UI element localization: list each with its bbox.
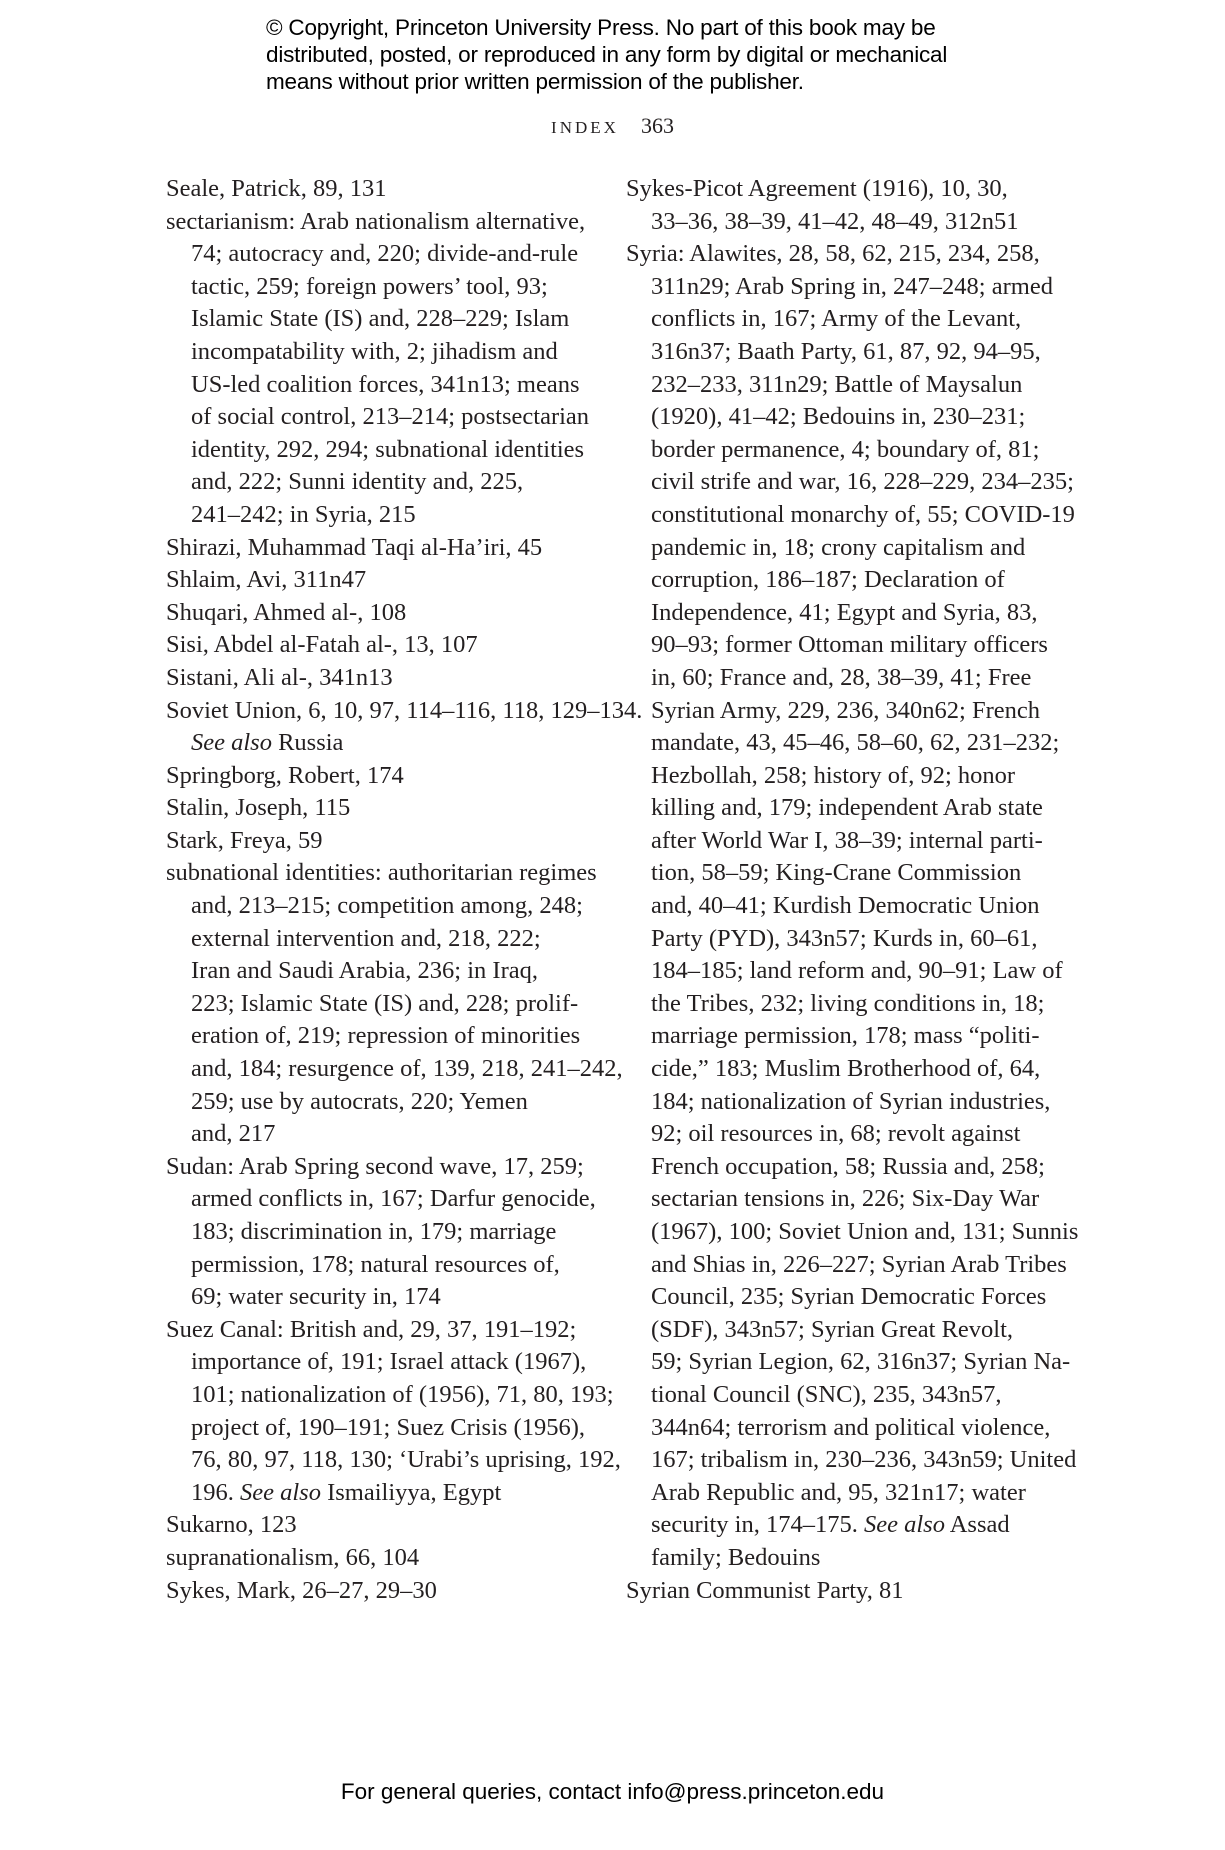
index-entry-subline: 92; oil resources in, 68; revolt against	[626, 1118, 1066, 1151]
index-entry-subline: mandate, 43, 45–46, 58–60, 62, 231–232;	[626, 727, 1066, 760]
index-entry-heading: Sykes-Picot Agreement (1916), 10, 30,	[626, 173, 1066, 206]
index-entry-subline: (1920), 41–42; Bedouins in, 230–231;	[626, 401, 1066, 434]
index-entry: supranationalism, 66, 104	[166, 1542, 596, 1575]
index-entry-subline: border permanence, 4; boundary of, 81;	[626, 434, 1066, 467]
index-entry-subline: eration of, 219; repression of minoritie…	[166, 1020, 596, 1053]
index-entry-subline: Hezbollah, 258; history of, 92; honor	[626, 760, 1066, 793]
index-entry-heading: sectarianism: Arab nationalism alternati…	[166, 206, 596, 239]
index-entry-subline: permission, 178; natural resources of,	[166, 1249, 596, 1282]
running-head: INDEX363	[0, 113, 1225, 139]
index-entry-subline: 167; tribalism in, 230–236, 343n59; Unit…	[626, 1444, 1066, 1477]
copyright-line: means without prior written permission o…	[266, 68, 1006, 95]
index-entry: Stark, Freya, 59	[166, 825, 596, 858]
see-also-prefix: 196.	[191, 1479, 240, 1506]
index-entry-subline: French occupation, 58; Russia and, 258;	[626, 1151, 1066, 1184]
index-entry-subline: conflicts in, 167; Army of the Levant,	[626, 303, 1066, 336]
running-head-label: INDEX	[551, 118, 619, 137]
index-entry-heading: Sistani, Ali al-, 341n13	[166, 662, 596, 695]
see-also-target: Assad	[945, 1511, 1010, 1538]
index-entry-subline: pandemic in, 18; crony capitalism and	[626, 532, 1066, 565]
index-entry-heading: Springborg, Robert, 174	[166, 760, 596, 793]
index-entry-subline: and Shias in, 226–227; Syrian Arab Tribe…	[626, 1249, 1066, 1282]
index-entry-subline: killing and, 179; independent Arab state	[626, 792, 1066, 825]
index-entry-subline: Council, 235; Syrian Democratic Forces	[626, 1281, 1066, 1314]
index-entry: Shlaim, Avi, 311n47	[166, 564, 596, 597]
index-entry-subline: project of, 190–191; Suez Crisis (1956),	[166, 1412, 596, 1445]
index-entry-heading: Seale, Patrick, 89, 131	[166, 173, 596, 206]
index-entry-subline: importance of, 191; Israel attack (1967)…	[166, 1346, 596, 1379]
index-entry-subline: 184–185; land reform and, 90–91; Law of	[626, 955, 1066, 988]
index-entry-subline: and, 40–41; Kurdish Democratic Union	[626, 890, 1066, 923]
index-entry-subline: the Tribes, 232; living conditions in, 1…	[626, 988, 1066, 1021]
index-entry-heading: Sukarno, 123	[166, 1509, 596, 1542]
index-entry-subline: 101; nationalization of (1956), 71, 80, …	[166, 1379, 596, 1412]
index-entry-subline: 183; discrimination in, 179; marriage	[166, 1216, 596, 1249]
index-entry-subline: incompatability with, 2; jihadism and	[166, 336, 596, 369]
index-entry-subline: civil strife and war, 16, 228–229, 234–2…	[626, 466, 1066, 499]
see-also-reference: 196. See also Ismailiyya, Egypt	[166, 1477, 596, 1510]
index-entry: sectarianism: Arab nationalism alternati…	[166, 206, 596, 532]
index-entry-heading: Sisi, Abdel al-Fatah al-, 13, 107	[166, 629, 596, 662]
index-entry-subline: 223; Islamic State (IS) and, 228; prolif…	[166, 988, 596, 1021]
index-entry-subline: tactic, 259; foreign powers’ tool, 93;	[166, 271, 596, 304]
index-entry-subline: Syrian Army, 229, 236, 340n62; French	[626, 695, 1066, 728]
index-entry-subline: cide,” 183; Muslim Brotherhood of, 64,	[626, 1053, 1066, 1086]
see-also-reference: security in, 174–175. See also Assad	[626, 1509, 1066, 1542]
page-number: 363	[641, 113, 674, 138]
index-entry-heading: Sykes, Mark, 26–27, 29–30	[166, 1575, 596, 1608]
index-entry-heading: Syria: Alawites, 28, 58, 62, 215, 234, 2…	[626, 238, 1066, 271]
index-entry-heading: Shlaim, Avi, 311n47	[166, 564, 596, 597]
see-also-target: Ismailiyya, Egypt	[321, 1479, 501, 1506]
copyright-line: © Copyright, Princeton University Press.…	[266, 14, 1006, 41]
index-entry-subline: and, 213–215; competition among, 248;	[166, 890, 596, 923]
index-entry: Stalin, Joseph, 115	[166, 792, 596, 825]
index-entry-subline: US-led coalition forces, 341n13; means	[166, 369, 596, 402]
index-entry: Sukarno, 123	[166, 1509, 596, 1542]
index-entry-subline: and, 217	[166, 1118, 596, 1151]
index-entry-subline: 69; water security in, 174	[166, 1281, 596, 1314]
index-entry: Syria: Alawites, 28, 58, 62, 215, 234, 2…	[626, 238, 1066, 1574]
copyright-notice: © Copyright, Princeton University Press.…	[266, 14, 1006, 95]
index-entry: Shuqari, Ahmed al-, 108	[166, 597, 596, 630]
index-column-right: Sykes-Picot Agreement (1916), 10, 30,33–…	[626, 173, 1066, 1607]
index-entry-subline: 316n37; Baath Party, 61, 87, 92, 94–95,	[626, 336, 1066, 369]
index-entry-subline: of social control, 213–214; postsectaria…	[166, 401, 596, 434]
index-entry-heading: Stark, Freya, 59	[166, 825, 596, 858]
index-entry-subline: Party (PYD), 343n57; Kurds in, 60–61,	[626, 923, 1066, 956]
index-entry-subline: 74; autocracy and, 220; divide-and-rule	[166, 238, 596, 271]
index-entry-subline: tional Council (SNC), 235, 343n57,	[626, 1379, 1066, 1412]
index-entry-subline: and, 222; Sunni identity and, 225,	[166, 466, 596, 499]
index-entry-subline: 76, 80, 97, 118, 130; ‘Urabi’s uprising,…	[166, 1444, 596, 1477]
index-entry-subline: 311n29; Arab Spring in, 247–248; armed	[626, 271, 1066, 304]
index-entry-heading: Shuqari, Ahmed al-, 108	[166, 597, 596, 630]
index-entry-heading: Sudan: Arab Spring second wave, 17, 259;	[166, 1151, 596, 1184]
index-entry: Shirazi, Muhammad Taqi al-Ha’iri, 45	[166, 532, 596, 565]
index-entry-subline: armed conflicts in, 167; Darfur genocide…	[166, 1183, 596, 1216]
index-entry-subline: family; Bedouins	[626, 1542, 1066, 1575]
index-entry-heading: Suez Canal: British and, 29, 37, 191–192…	[166, 1314, 596, 1347]
index-entry-subline: external intervention and, 218, 222;	[166, 923, 596, 956]
index-entry-subline: 344n64; terrorism and political violence…	[626, 1412, 1066, 1445]
index-entry-subline: after World War I, 38–39; internal parti…	[626, 825, 1066, 858]
index-entry-subline: 59; Syrian Legion, 62, 316n37; Syrian Na…	[626, 1346, 1066, 1379]
index-entry: Seale, Patrick, 89, 131	[166, 173, 596, 206]
index-entry-heading: subnational identities: authoritarian re…	[166, 857, 596, 890]
index-entry: Sykes, Mark, 26–27, 29–30	[166, 1575, 596, 1608]
index-entry-subline: Independence, 41; Egypt and Syria, 83,	[626, 597, 1066, 630]
see-also-target: Russia	[272, 729, 343, 756]
index-entry: subnational identities: authoritarian re…	[166, 857, 596, 1150]
copyright-line: distributed, posted, or reproduced in an…	[266, 41, 1006, 68]
index-entry-subline: Islamic State (IS) and, 228–229; Islam	[166, 303, 596, 336]
index-entry-subline: Iran and Saudi Arabia, 236; in Iraq,	[166, 955, 596, 988]
index-entry-subline: (SDF), 343n57; Syrian Great Revolt,	[626, 1314, 1066, 1347]
index-entry: Sistani, Ali al-, 341n13	[166, 662, 596, 695]
index-entry-subline: in, 60; France and, 28, 38–39, 41; Free	[626, 662, 1066, 695]
index-entry-subline: 241–242; in Syria, 215	[166, 499, 596, 532]
see-also-prefix: security in, 174–175.	[651, 1511, 864, 1538]
index-entry-heading: Stalin, Joseph, 115	[166, 792, 596, 825]
index-entry-subline: corruption, 186–187; Declaration of	[626, 564, 1066, 597]
index-entry-subline: marriage permission, 178; mass “politi-	[626, 1020, 1066, 1053]
index-entry-subline: 90–93; former Ottoman military officers	[626, 629, 1066, 662]
index-entry-subline: constitutional monarchy of, 55; COVID-19	[626, 499, 1066, 532]
index-entry: Sisi, Abdel al-Fatah al-, 13, 107	[166, 629, 596, 662]
index-entry-subline: sectarian tensions in, 226; Six-Day War	[626, 1183, 1066, 1216]
index-entry: Sykes-Picot Agreement (1916), 10, 30,33–…	[626, 173, 1066, 238]
index-entry-subline: 232–233, 311n29; Battle of Maysalun	[626, 369, 1066, 402]
index-entry: Suez Canal: British and, 29, 37, 191–192…	[166, 1314, 596, 1510]
index-entry-subline: 259; use by autocrats, 220; Yemen	[166, 1086, 596, 1119]
see-also-label: See also	[191, 729, 272, 756]
footer-contact: For general queries, contact info@press.…	[0, 1779, 1225, 1805]
index-entry-subline: and, 184; resurgence of, 139, 218, 241–2…	[166, 1053, 596, 1086]
see-also-label: See also	[240, 1479, 321, 1506]
index-entry: Springborg, Robert, 174	[166, 760, 596, 793]
index-entry-heading: Soviet Union, 6, 10, 97, 114–116, 118, 1…	[166, 695, 596, 728]
index-entry-heading: Shirazi, Muhammad Taqi al-Ha’iri, 45	[166, 532, 596, 565]
index-entry: Soviet Union, 6, 10, 97, 114–116, 118, 1…	[166, 695, 596, 760]
index-entry: Sudan: Arab Spring second wave, 17, 259;…	[166, 1151, 596, 1314]
index-entry: Syrian Communist Party, 81	[626, 1575, 1066, 1608]
index-entry-subline: tion, 58–59; King-Crane Commission	[626, 857, 1066, 890]
see-also-reference: See also Russia	[166, 727, 596, 760]
index-entry-heading: supranationalism, 66, 104	[166, 1542, 596, 1575]
index-entry-subline: 184; nationalization of Syrian industrie…	[626, 1086, 1066, 1119]
index-entry-subline: Arab Republic and, 95, 321n17; water	[626, 1477, 1066, 1510]
see-also-label: See also	[864, 1511, 945, 1538]
index-column-left: Seale, Patrick, 89, 131sectarianism: Ara…	[166, 173, 596, 1607]
index-entry-heading: Syrian Communist Party, 81	[626, 1575, 1066, 1608]
index-entry-subline: identity, 292, 294; subnational identiti…	[166, 434, 596, 467]
index-entry-subline: (1967), 100; Soviet Union and, 131; Sunn…	[626, 1216, 1066, 1249]
index-entry-subline: 33–36, 38–39, 41–42, 48–49, 312n51	[626, 206, 1066, 239]
